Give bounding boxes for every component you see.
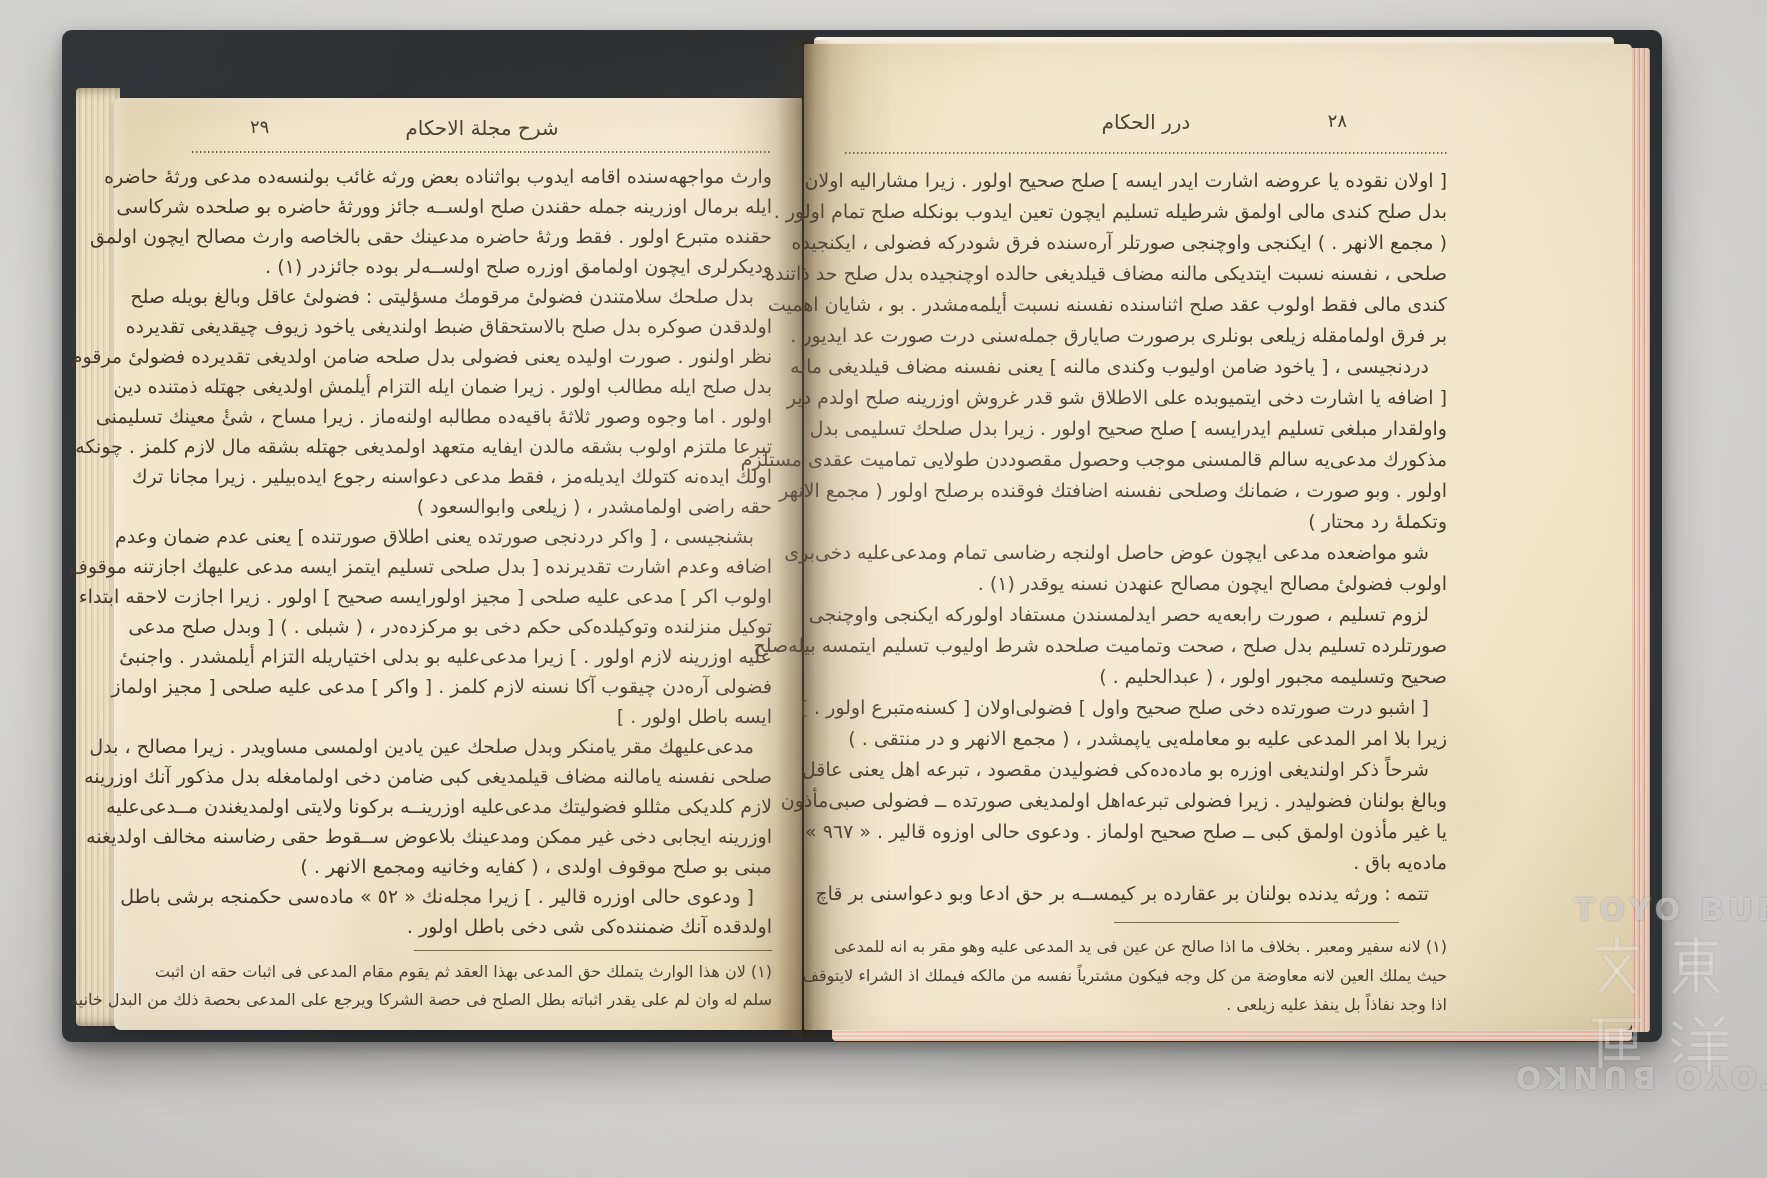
body-text-line: بر فرق اولمامقله زيلعى بونلرى برصورت صاي… — [845, 321, 1447, 352]
body-text-line: ايله برمال اوزرينه جمله حقندن صلح اولســ… — [192, 192, 772, 222]
body-text-line: [ اشبو درت صورتده دخى صلح صحيح واول ] فض… — [845, 693, 1447, 724]
photo-background: ٢٩ شرح مجلة الاحكام وارث مواجهه‌سنده اقا… — [0, 0, 1767, 1178]
left-page-header: ٢٩ شرح مجلة الاحكام — [192, 116, 772, 140]
footnote-text-line: سلم له وان لم على يقدر اثباته بطل الصلح … — [192, 986, 772, 1014]
body-text-line: تتمه : ورثه يدنده بولنان بر عقارده بر كي… — [845, 879, 1447, 910]
body-text-line: يا غير مأذون اولمق كبى ــ صلح صحيح اولما… — [845, 817, 1447, 848]
right-page: درر الحكام ٢٨ [ اولان نقوده يا عروضه اشا… — [804, 44, 1632, 1030]
body-text-line: واولقدار مبلغى تسليم ايدرايسه ] صلح صحيح… — [845, 414, 1447, 445]
body-text-line: [ ودعوى حالى اوزره قالير . ] زيرا مجله‌ن… — [192, 882, 772, 912]
body-text-line: مذكورك مدعى‌يه سالم قالمسنى موجب وحصول م… — [845, 445, 1447, 476]
body-text-line: شرحاً ذكر اولنديغى اوزره بو ماده‌ده‌كى ف… — [845, 755, 1447, 786]
footnote-text-line: (١) لانه سفير ومعبر . بخلاف ما اذا صالح … — [845, 932, 1447, 961]
left-page-footnote: (١) لان هذا الوارث يتملك حق المدعى بهذا … — [192, 958, 772, 1014]
body-text-line: تبرعا ملتزم اولوب بشقه مالدن ايفايه متعه… — [192, 432, 772, 462]
right-header-rule — [845, 152, 1447, 154]
right-page-body: [ اولان نقوده يا عروضه اشارت ايدر ايسه ]… — [845, 166, 1447, 910]
body-text-line: بدل صلحك سلامتندن فضولىٔ مرقومك مسؤليتى … — [192, 282, 772, 312]
body-text-line: دردنجيسى ، [ ياخود ضامن اوليوب وكندى مال… — [845, 352, 1447, 383]
body-text-line: عليه اوزرينه لازم اولور . ] زيرا مدعى‌عل… — [192, 642, 772, 672]
body-text-line: اوزرينه ايجابى دخى غير ممكن ومدعينك بلاع… — [192, 822, 772, 852]
body-text-line: لازم كلديكى مثللو فضوليتك مدعى‌عليه اوزر… — [192, 792, 772, 822]
footnote-text-line: اذا وجد نفاذاً بل ينفذ عليه زيلعى . — [845, 990, 1447, 1019]
body-text-line: زيرا بلا امر المدعى عليه بو معامله‌يى يا… — [845, 724, 1447, 755]
left-footnote-rule — [414, 950, 772, 951]
body-text-line: اولوب اكر ] مدعى عليه صلحى [ مجيز اولورا… — [192, 582, 772, 612]
left-page-number: ٢٩ — [250, 117, 269, 138]
body-text-line: صلحى نفسنه يامالنه مضاف قيلمديغى كبى ضام… — [192, 762, 772, 792]
body-text-line: [ اضافه يا اشارت دخى ايتميوبده على الاطل… — [845, 383, 1447, 414]
footnote-text-line: (١) لان هذا الوارث يتملك حق المدعى بهذا … — [192, 958, 772, 986]
body-text-line: اولك ايده‌نه كتولك ايديله‌مز ، فقط مدعى … — [192, 462, 772, 492]
page-edge-bottom — [832, 1030, 1632, 1041]
body-text-line: فضولى آره‌دن چيقوب آكا نسنه لازم كلمز . … — [192, 672, 772, 702]
watermark-text-bottom: TOYO BUNKO — [1511, 1059, 1767, 1094]
body-text-line: صحيح وتسليمه مجبور اولور ، ( عبدالحليم .… — [845, 662, 1447, 693]
right-page-footnote: (١) لانه سفير ومعبر . بخلاف ما اذا صالح … — [845, 932, 1447, 1019]
right-page-number: ٢٨ — [1328, 111, 1347, 132]
body-text-line: شو مواضعده مدعى ايچون عوض حاصل اولنجه رض… — [845, 538, 1447, 569]
body-text-line: توكيل منزلنده وتوكيلده‌كى حكم دخى بو مرك… — [192, 612, 772, 642]
body-text-line: بدل صلح ايله مطالب اولور . زيرا ضمان ايل… — [192, 372, 772, 402]
body-text-line: نظر اولنور . صورت اوليده يعنى فضولى بدل … — [192, 342, 772, 372]
body-text-line: لزوم تسليم ، صورت رابعه‌يه حصر ايدلمسندن… — [845, 600, 1447, 631]
body-text-line: ماده‌يه باق . — [845, 848, 1447, 879]
left-page-title: شرح مجلة الاحكام — [405, 116, 558, 140]
body-text-line: اولدقده آنك ضمننده‌كى شى دخى باطل اولور … — [192, 912, 772, 942]
right-page-title: درر الحكام — [1102, 110, 1191, 134]
body-text-line: مبنى بو صلح موقوف اولدى ، ( كفايه وخانيه… — [192, 852, 772, 882]
body-text-line: بدل صلح كندى مالى اولمق شرطيله تسليم ايچ… — [845, 197, 1447, 228]
left-page: ٢٩ شرح مجلة الاحكام وارث مواجهه‌سنده اقا… — [114, 98, 802, 1030]
body-text-line: ( مجمع الانهر . ) ايكنجى واوچنجى صورتلر … — [845, 228, 1447, 259]
body-text-line: ايسه باطل اولور . ] — [192, 702, 772, 732]
body-text-line: [ اولان نقوده يا عروضه اشارت ايدر ايسه ]… — [845, 166, 1447, 197]
body-text-line: وديكرلرى ايچون اولمامق اوزره صلح اولســه… — [192, 252, 772, 282]
body-text-line: اولوب فضولىٔ مصالح ايچون مصالح عنهدن نسن… — [845, 569, 1447, 600]
left-header-rule — [192, 151, 772, 153]
body-text-line: حقنده متبرع اولور . فقط ورثهٔ حاضره مدعي… — [192, 222, 772, 252]
body-text-line: كندى مالى فقط اولوب عقد صلح اثناسنده نفس… — [845, 290, 1447, 321]
body-text-line: صلحى ، نفسنه نسبت ايتديكى مالنه مضاف قيل… — [845, 259, 1447, 290]
body-text-line: صورتلرده تسليم بدل صلح ، صحت وتماميت صلح… — [845, 631, 1447, 662]
body-text-line: مدعى‌عليهك مقر يامنكر وبدل صلحك عين يادي… — [192, 732, 772, 762]
footnote-text-line: حيث يملك العين لانه معاوضة من كل وجه فيك… — [845, 961, 1447, 990]
book: ٢٩ شرح مجلة الاحكام وارث مواجهه‌سنده اقا… — [62, 30, 1662, 1042]
body-text-line: وبالغ بولنان فضوليدر . زيرا فضولى تبرعه‌… — [845, 786, 1447, 817]
right-footnote-rule — [1114, 922, 1399, 923]
body-text-line: وارث مواجهه‌سنده اقامه ايدوب بواثناده بع… — [192, 162, 772, 192]
fore-edge-right — [1632, 48, 1650, 1032]
body-text-line: وتكملهٔ رد محتار ) — [845, 507, 1447, 538]
seal-char-to-icon — [1661, 932, 1737, 1004]
body-text-line: اولور . اما وجوه وصور ثلاثهٔ باقيه‌ده مط… — [192, 402, 772, 432]
body-text-line: حقه راضى اولمامشدر ، ( زيلعى وابوالسعود … — [192, 492, 772, 522]
body-text-line: اولدقدن صوكره بدل صلح بالاستحقاق ضبط اول… — [192, 312, 772, 342]
body-text-line: اضافه وعدم اشارت تقديرنده [ بدل صلحى تسل… — [192, 552, 772, 582]
body-text-line: اولور . وبو صورت ، ضمانك وصلحى نفسنه اضا… — [845, 476, 1447, 507]
left-page-body: وارث مواجهه‌سنده اقامه ايدوب بواثناده بع… — [192, 162, 772, 942]
seal-char-yo-icon — [1661, 1007, 1737, 1079]
body-text-line: بشنجيسى ، [ واكر دردنجى صورتده يعنى اطلا… — [192, 522, 772, 552]
right-page-header: درر الحكام ٢٨ — [845, 110, 1447, 134]
